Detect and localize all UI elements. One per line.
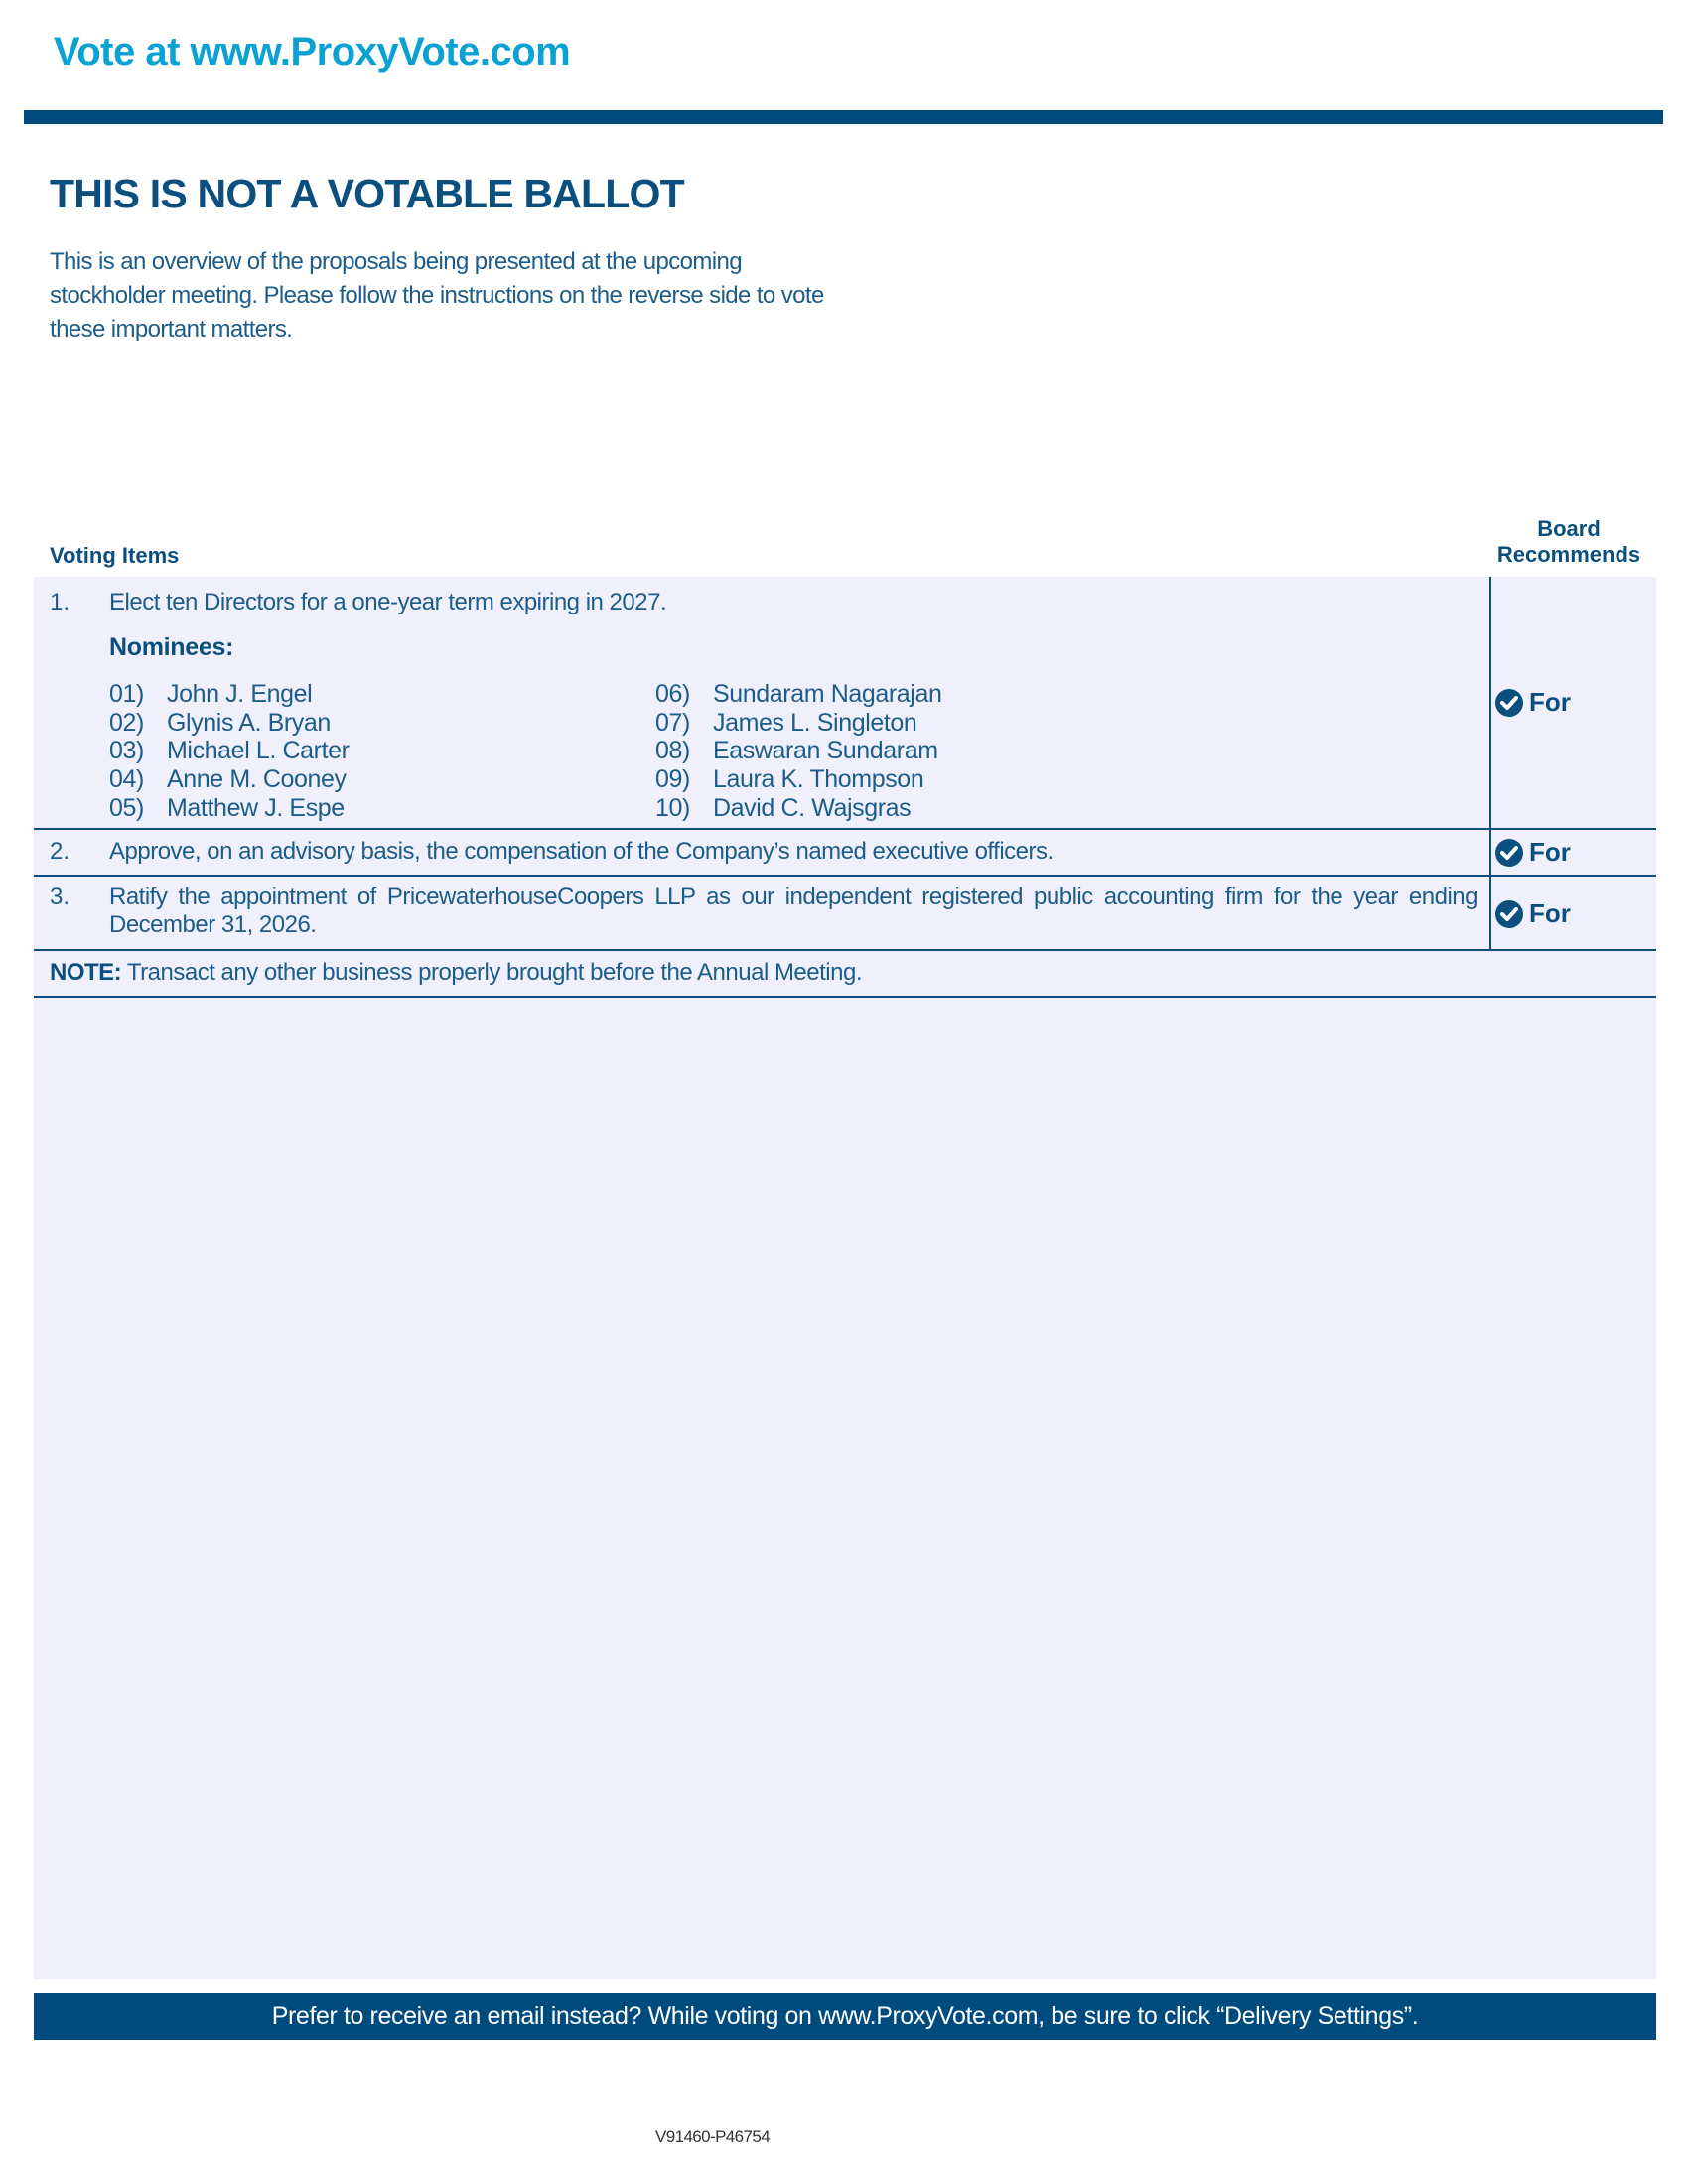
nominee-item: 08)Easwaran Sundaram bbox=[655, 737, 941, 765]
header-rule bbox=[24, 110, 1663, 124]
note: NOTE: Transact any other business proper… bbox=[50, 959, 862, 987]
check-circle-icon bbox=[1495, 839, 1523, 867]
row-separator bbox=[34, 828, 1656, 830]
nominee-number: 08) bbox=[655, 737, 713, 765]
nominee-name: Easwaran Sundaram bbox=[713, 737, 938, 764]
row-separator bbox=[34, 875, 1656, 877]
nominee-item: 02)Glynis A. Bryan bbox=[109, 709, 350, 738]
nominee-item: 04)Anne M. Cooney bbox=[109, 765, 350, 794]
check-circle-icon bbox=[1495, 900, 1523, 928]
nominee-number: 09) bbox=[655, 765, 713, 794]
nominee-number: 07) bbox=[655, 709, 713, 738]
nominee-name: Michael L. Carter bbox=[167, 737, 350, 764]
nominee-item: 07)James L. Singleton bbox=[655, 709, 941, 738]
nominee-name: Laura K. Thompson bbox=[713, 765, 923, 793]
nominee-item: 01)John J. Engel bbox=[109, 680, 350, 709]
nominee-name: John J. Engel bbox=[167, 680, 312, 708]
nominee-name: David C. Wajsgras bbox=[713, 794, 911, 822]
board-recommends-header: Board Recommends bbox=[1489, 516, 1648, 568]
nominee-number: 05) bbox=[109, 794, 167, 823]
nominee-item: 06)Sundaram Nagarajan bbox=[655, 680, 941, 709]
note-text: Transact any other business properly bro… bbox=[121, 959, 862, 986]
item-1-text: Elect ten Directors for a one-year term … bbox=[109, 589, 666, 616]
item-3-recommendation: For bbox=[1495, 898, 1571, 929]
banner-text: Prefer to receive an email instead? Whil… bbox=[272, 2002, 1419, 2031]
check-circle-icon bbox=[1495, 689, 1523, 717]
nominee-number: 04) bbox=[109, 765, 167, 794]
row-separator bbox=[34, 996, 1656, 998]
item-2-text: Approve, on an advisory basis, the compe… bbox=[109, 838, 1054, 866]
nominee-name: James L. Singleton bbox=[713, 709, 916, 737]
nominee-number: 01) bbox=[109, 680, 167, 709]
item-2-number: 2. bbox=[50, 838, 70, 866]
row-separator bbox=[34, 949, 1656, 951]
item-3-number: 3. bbox=[50, 884, 70, 911]
page-title: THIS IS NOT A VOTABLE BALLOT bbox=[50, 171, 684, 217]
nominee-name: Sundaram Nagarajan bbox=[713, 680, 941, 708]
column-divider bbox=[1489, 577, 1491, 949]
recommendation-label: For bbox=[1529, 898, 1571, 929]
intro-text: This is an overview of the proposals bei… bbox=[50, 245, 834, 346]
nominee-number: 02) bbox=[109, 709, 167, 738]
nominee-item: 10)David C. Wajsgras bbox=[655, 794, 941, 823]
nominees-column-2: 06)Sundaram Nagarajan07)James L. Singlet… bbox=[655, 680, 941, 823]
nominee-name: Anne M. Cooney bbox=[167, 765, 347, 793]
board-header-line2: Recommends bbox=[1489, 542, 1648, 568]
nominee-number: 10) bbox=[655, 794, 713, 823]
nominees-label: Nominees: bbox=[109, 633, 233, 662]
item-3-text: Ratify the appointment of Pricewaterhous… bbox=[109, 884, 1477, 939]
recommendation-label: For bbox=[1529, 687, 1571, 718]
voting-items-header: Voting Items bbox=[50, 543, 179, 569]
board-header-line1: Board bbox=[1489, 516, 1648, 542]
nominees-column-1: 01)John J. Engel02)Glynis A. Bryan03)Mic… bbox=[109, 680, 350, 823]
nominee-item: 05)Matthew J. Espe bbox=[109, 794, 350, 823]
item-2-recommendation: For bbox=[1495, 837, 1571, 868]
nominee-number: 03) bbox=[109, 737, 167, 765]
nominee-item: 03)Michael L. Carter bbox=[109, 737, 350, 765]
note-label: NOTE: bbox=[50, 959, 121, 986]
recommendation-label: For bbox=[1529, 837, 1571, 868]
document-code: V91460-P46754 bbox=[655, 2127, 770, 2147]
nominee-item: 09)Laura K. Thompson bbox=[655, 765, 941, 794]
nominee-name: Matthew J. Espe bbox=[167, 794, 345, 822]
nominee-name: Glynis A. Bryan bbox=[167, 709, 331, 737]
proxyvote-link[interactable]: Vote at www.ProxyVote.com bbox=[54, 30, 570, 74]
item-1-number: 1. bbox=[50, 589, 70, 616]
delivery-settings-banner: Prefer to receive an email instead? Whil… bbox=[34, 1993, 1656, 2040]
item-1-recommendation: For bbox=[1495, 687, 1571, 718]
nominee-number: 06) bbox=[655, 680, 713, 709]
